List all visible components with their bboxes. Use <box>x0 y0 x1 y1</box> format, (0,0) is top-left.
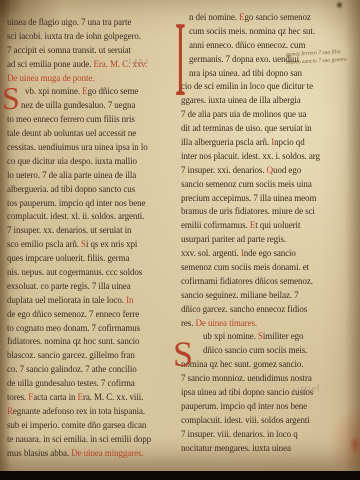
text-line: usurpari pariter ad parte regis. <box>181 233 356 247</box>
body-text: de uilla gundesaluo testes. 7 cofirma <box>7 378 135 388</box>
body-text: semenoz cum sociis meis donami. et <box>181 262 309 272</box>
manuscript-photo: { "document_type": "medieval manuscript … <box>0 0 360 480</box>
text-line: co que dicitur uia despo. iuxta mallio <box>7 155 175 169</box>
body-text: egnante adefonso rex in tota hispania. <box>13 406 145 416</box>
text-line: precium accepimus. 7 illa uinea meom <box>181 192 356 206</box>
body-text: i qs ex nris xpi <box>86 239 137 249</box>
rubric-text: De uinea minggares. <box>71 448 143 458</box>
text-line: exsoluat. co parte regis. 7 illa uinea <box>7 280 175 294</box>
body-text: nis. nepus. aut cogermanus. ccc soldos <box>7 267 142 277</box>
text-line: ggares. iuxta uinea de illa albergia <box>181 94 356 108</box>
body-text: duplata uel meliorata in tale loco. <box>7 295 126 305</box>
body-text: sco emilio pscla arñ. <box>7 239 81 249</box>
body-text: 7 insuper. viii. denarios. in loco q <box>181 429 298 439</box>
body-text: go dñico seme <box>88 86 139 96</box>
text-line: nocitatur mengares. iuxta uinea <box>181 442 356 456</box>
body-text: uod ego <box>273 165 301 175</box>
text-line: ques impcare uoluerit. filiis. germa <box>7 252 175 266</box>
body-text: ub xpi nomine. <box>203 331 258 341</box>
body-text: dit ad terminas de uiso. que seruiat in <box>181 123 312 133</box>
text-line: tores. Facta carta in Era. M. C. xx. vii… <box>7 391 175 405</box>
body-text: cofirmami fidiatores dñicos semenoz. <box>181 276 313 286</box>
text-line: de uilla gundesaluo testes. 7 cofirma <box>7 377 175 391</box>
text-line: sub ei imperio. comite dño garsea dican <box>7 419 175 433</box>
body-text: nde ego sancio <box>244 248 296 258</box>
body-text: lo uetero. 7 de alia parte uinea de illa <box>7 170 136 180</box>
text-line: to meo enneco ferrero cum filiis nris <box>7 113 175 127</box>
body-text: nez de uilla gundesaluo. 7 uegna <box>21 100 135 110</box>
text-line: uinea de flagio uigo. 7 una tra parte <box>7 16 175 30</box>
body-text: co. 7 sancio galindoz. 7 athe concilio <box>7 364 137 374</box>
text-line: duplata uel meliorata in tale loco. In <box>7 294 175 308</box>
body-text: 7 insuper. xxi. denarios. <box>181 165 267 175</box>
text-line: sco emilio pscla arñ. Si qs ex nris xpi <box>7 238 175 252</box>
text-line: co. 7 sancio galindoz. 7 athe concilio <box>7 363 175 377</box>
body-text: tale deunt ab uoluntas uel accessit ne <box>7 128 136 138</box>
text-line: nomina qz hec sunt. gomez sancio. <box>181 358 356 372</box>
body-text: albergueria. ad tibi dopno sancto cus <box>7 184 135 194</box>
text-line: sancio seguinez. miliane beilaz. 7 <box>181 289 356 303</box>
body-text: inter nos placuit. idest. xx. i. soldos.… <box>181 151 320 161</box>
body-text: exsoluat. co parte regis. 7 illa uinea <box>7 281 131 291</box>
text-line: complacuit. idest. xl. ii. soldos. argen… <box>7 210 175 224</box>
body-text: cessitas. uendiuimus ura uinea ipsa in l… <box>7 142 148 152</box>
text-line: 7 de alia pars uia de molinos que ua <box>181 108 356 122</box>
rubric-text: In <box>126 295 133 305</box>
body-text: nocitatur mengares. iuxta uinea <box>181 443 291 453</box>
body-text: sancio semenoz cum sociis meis uina <box>181 179 312 189</box>
body-text: co que dicitur uia despo. iuxta mallio <box>7 156 137 166</box>
body-text: ques impcare uoluerit. filiis. germa <box>7 253 129 263</box>
text-line: n dei nomine. Ego sancio semenoz <box>181 11 356 25</box>
text-line: 7 sancio monnioz. uendidimus nostra <box>181 372 356 386</box>
body-text: ggares. iuxta uinea de illa albergia <box>181 95 301 105</box>
body-text: vb. xpi nomine. <box>25 86 82 96</box>
text-line: te nauara. in sci emilia. in sci emilii … <box>7 433 175 447</box>
body-text: res. <box>181 318 196 328</box>
body-text: fidiatores. nomina qz hoc sunt. sancio <box>7 336 139 346</box>
text-line: 7 accipit ei somna transit. ut seruiat <box>7 44 175 58</box>
rubric-text: De uinea timares. <box>196 318 258 328</box>
body-text: to cognato meo donam. 7 cofirmamus <box>7 323 140 333</box>
body-text: germanis. 7 dopna exo. uendiui <box>189 54 299 64</box>
body-text: sci iacobi. iuxta tra de iohn golpegero. <box>7 31 141 41</box>
text-line: ipsa uinea ad tibi dopno sancio custos <box>181 386 356 400</box>
body-text: 7 accipit ei somna transit. ut seruiat <box>7 45 131 55</box>
body-text: uinea de flagio uigo. 7 una tra parte <box>7 17 131 27</box>
text-line: dñico garcez. sancho ennecoz fidios <box>181 303 356 317</box>
dropcap-initial-S-left: S <box>2 82 20 114</box>
text-line: sancio semenoz cum sociis meis uina <box>181 178 356 192</box>
rubric-text: De uinea muga de ponte. <box>7 73 94 83</box>
text-line: fidiatores. nomina qz hoc sunt. sancio <box>7 335 175 349</box>
body-text: tores. <box>7 392 28 402</box>
body-text: bramus de uris fidiatores. miure de sci <box>181 206 315 216</box>
body-text: n dei nomine. <box>189 12 239 22</box>
body-text: nra ipsa uinea. ad tibi dopno san <box>189 68 302 78</box>
body-text: precium accepimus. 7 illa uinea meom <box>181 193 316 203</box>
body-text: t qui uoluerit <box>255 220 300 230</box>
text-line: emilii cofirmamus. Et qui uoluerit <box>181 219 356 233</box>
body-text: sancio seguinez. miliane beilaz. 7 <box>181 290 299 300</box>
text-line: cessitas. uendiuimus ura uinea ipsa in l… <box>7 141 175 155</box>
body-text: illa albergueria pscla arñ. <box>181 137 271 147</box>
text-line: xxv. sol. argenti. Inde ego sancio <box>181 247 356 261</box>
body-text: 7 insuper. xx. denarios. ut seruiat in <box>7 225 131 235</box>
text-line: vb. xpi nomine. Ego dñico seme <box>7 85 175 99</box>
text-line: 7 insuper. xx. denarios. ut seruiat in <box>7 224 175 238</box>
text-line: tos pauperum. impcio qd inter nos bene <box>7 197 175 211</box>
text-line: bramus de uris fidiatores. miure de sci <box>181 205 356 219</box>
text-line: ub xpi nomine. Similiter ego <box>181 330 356 344</box>
right-text-column: n dei nomine. Ego sancio semenozcum soci… <box>181 11 356 456</box>
body-text: de ego dñico semenoz. 7 enneco ferre <box>7 309 139 319</box>
body-text: complacuit. idest. viii. soldos argenti <box>181 415 310 425</box>
body-text: te nauara. in sci emilia. in sci emilii … <box>7 434 151 444</box>
body-text: anni enneco. dñico ennecoz. cum <box>189 40 305 50</box>
text-line: inter nos placuit. idest. xx. i. soldos.… <box>181 150 356 164</box>
text-line: illa albergueria pscla arñ. Inpcio qd <box>181 136 356 150</box>
left-text-column: uinea de flagio uigo. 7 una tra partesci… <box>7 16 175 461</box>
body-text: imiliter ego <box>263 331 304 341</box>
text-line: nis. nepus. aut cogermanus. ccc soldos <box>7 266 175 280</box>
body-text: go sancio semenoz <box>245 12 311 22</box>
text-line: semenoz cum sociis meis donami. et <box>181 261 356 275</box>
body-text: 7 sancio monnioz. uendidimus nostra <box>181 373 312 383</box>
text-line: mus blasius abba. De uinea minggares. <box>7 447 175 461</box>
text-line: sci iacobi. iuxta tra de iohn golpegero. <box>7 30 175 44</box>
body-text: acta carta in <box>33 392 77 402</box>
body-text: npcio qd <box>274 137 304 147</box>
body-text: 7 de alia pars uia de molinos que ua <box>181 109 306 119</box>
text-line: nez de uilla gundesaluo. 7 uegna <box>7 99 175 113</box>
text-line: cofirmami fidiatores dñicos semenoz. <box>181 275 356 289</box>
body-text: cio de sci emilin in loco que dicitur te <box>181 81 313 91</box>
body-text: xxv. sol. argenti. <box>181 248 241 258</box>
parchment-stain <box>350 436 360 454</box>
body-text: pauperum. impcio qd inter nos bene <box>181 401 307 411</box>
text-line: tale deunt ab uoluntas uel accessit ne <box>7 127 175 141</box>
body-text: dñico sancio cum sociis meis. <box>203 345 307 355</box>
text-line: de ego dñico semenoz. 7 enneco ferre <box>7 308 175 322</box>
text-line: Regnante adefonso rex in tota hispania. <box>7 405 175 419</box>
text-line: blascoz. sancio garcez. gillelmo fran <box>7 349 175 363</box>
text-line: pauperum. impcio qd inter nos bene <box>181 400 356 414</box>
body-text: blascoz. sancio garcez. gillelmo fran <box>7 350 135 360</box>
body-text: complacuit. idest. xl. ii. soldos. argen… <box>7 211 144 221</box>
text-line: albergueria. ad tibi dopno sancto cus <box>7 183 175 197</box>
body-text: dñico garcez. sancho ennecoz fidios <box>181 304 307 314</box>
text-line: De uinea muga de ponte. <box>7 72 175 86</box>
body-text: emilii cofirmamus. <box>181 220 250 230</box>
folio-corner-mark <box>336 1 343 9</box>
text-line: dñico sancio cum sociis meis. <box>181 344 356 358</box>
text-line: res. De uinea timares. <box>181 317 356 331</box>
pencil-number-annotation: 1452 <box>128 58 150 66</box>
body-text: usurpari pariter ad parte regis. <box>181 234 286 244</box>
text-line: 7 insuper. xxi. denarios. Quod ego <box>181 164 356 178</box>
body-text: tos pauperum. impcio qd inter nos bene <box>7 198 145 208</box>
body-text: ra. M. C. xx. viii. <box>83 392 143 402</box>
dropcap-initial-S-right: S <box>173 336 193 372</box>
manuscript-page: uinea de flagio uigo. 7 una tra partesci… <box>0 0 360 472</box>
text-line: complacuit. idest. viii. soldos argenti <box>181 414 356 428</box>
text-line: 7 insuper. viii. denarios. in loco q <box>181 428 356 442</box>
body-text: ad sci emilia pone aude. <box>7 59 93 69</box>
text-line: cio de sci emilin in loco que dicitur te <box>181 80 356 94</box>
body-text: mus blasius abba. <box>7 448 71 458</box>
body-text: to meo enneco ferrero cum filiis nris <box>7 114 135 124</box>
text-line: lo uetero. 7 de alia parte uinea de illa <box>7 169 175 183</box>
text-line: nra ipsa uinea. ad tibi dopno san <box>181 67 356 81</box>
photo-black-edge <box>0 471 360 480</box>
body-text: cum sociis meis. nomina qz hec sut. <box>189 26 315 36</box>
body-text: sub ei imperio. comite dño garsea dican <box>7 420 146 430</box>
text-line: to cognato meo donam. 7 cofirmamus <box>7 322 175 336</box>
body-text: nomina qz hec sunt. gomez sancio. <box>181 359 303 369</box>
dropcap-initial-I-right: I <box>175 14 186 106</box>
text-line: dit ad terminas de uiso. que seruiat in <box>181 122 356 136</box>
text-line: cum sociis meis. nomina qz hec sut. <box>181 25 356 39</box>
